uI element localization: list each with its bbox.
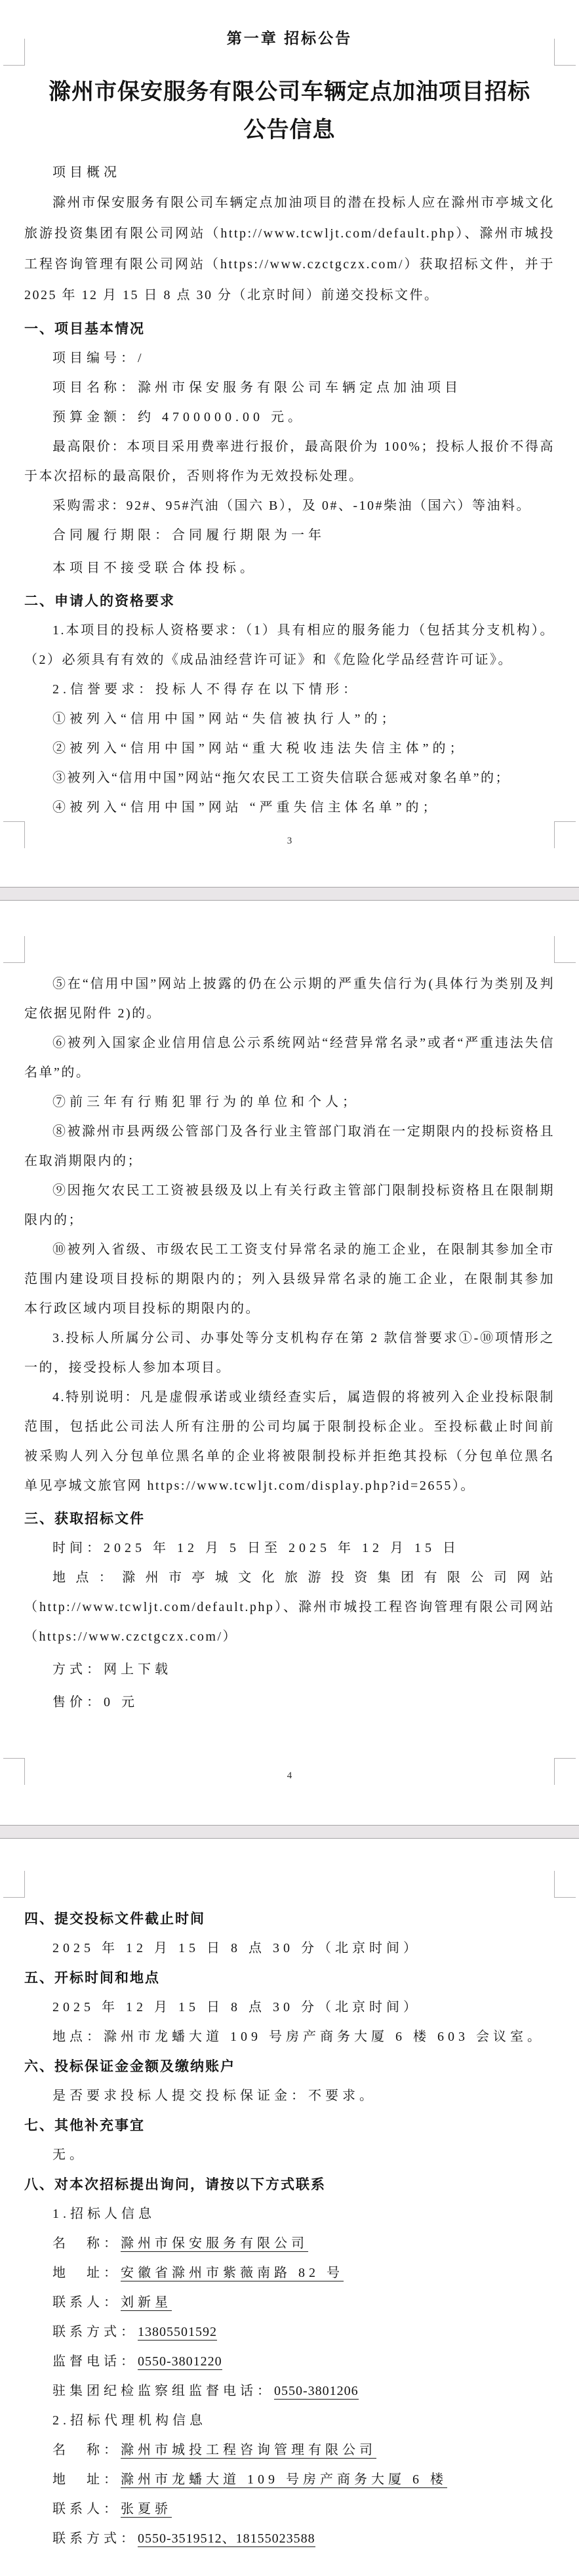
overview-paragraph: 滁州市保安服务有限公司车辆定点加油项目的潜在投标人应在滁州市亭城文化旅游投资集团… [24,188,555,311]
credit-item-8: ⑧被滁州市县两级公管部门及各行业主管部门取消在一定期限内的投标资格且在取消期限内… [24,1117,555,1176]
contact-row-agency-phone: 联系方式：0550-3519512、18155023588 [24,2524,555,2554]
contact-value: 安徽省滁州市紫薇南路 82 号 [121,2266,344,2281]
line-project-number: 项目编号：/ [24,344,555,373]
line-other-none: 无。 [24,2140,555,2170]
heading-section-5: 五、开标时间和地点 [24,1963,555,1993]
para-obtain-place: 地点：滁州市亭城文化旅游投资集团有限公司网站（http://www.tcwljt… [24,1563,555,1652]
page-corner-mark [554,821,576,848]
contact-row-tenderer-address: 地 址：安徽省滁州市紫薇南路 82 号 [24,2259,555,2288]
document-page-2: ⑤在“信用中国”网站上披露的仍在公示期的严重失信行为(具体行为类别及判定依据见附… [0,901,579,1825]
contact-label: 地 址： [52,2266,121,2280]
heading-section-6: 六、投标保证金金额及缴纳账户 [24,2052,555,2081]
document-title: 滁州市保安服务有限公司车辆定点加油项目招标公告信息 [24,73,555,149]
document-title-line2: 公告信息 [244,117,336,142]
contact-value: 0550-3801206 [274,2384,359,2400]
contact-row-tenderer-phone: 联系方式：13805501592 [24,2318,555,2347]
subheading-tenderer-info: 1.招标人信息 [24,2199,555,2229]
page-corner-mark [3,39,25,66]
para-special-note: 4.特别说明：凡是虚假承诺或业绩经查实后，属造假的将被列入企业投标限制范围，包括… [24,1383,555,1501]
contact-row-supervision-phone: 监督电话：0550-3801220 [24,2347,555,2377]
line-credit-intro: 2.信誉要求：投标人不得存在以下情形： [24,675,555,705]
credit-item-10: ⑩被列入省级、市级农民工工资支付异常名录的施工企业，在限制其参加全市范围内建设项… [24,1235,555,1324]
page-corner-mark [554,1871,576,1898]
contact-value: 13805501592 [138,2325,217,2341]
line-opening-place: 地点：滁州市龙蟠大道 109 号房产商务大厦 6 楼 603 会议室。 [24,2022,555,2052]
credit-item-4: ④被列入“信用中国”网站 “严重失信主体名单”的； [24,793,555,823]
contact-value: 0550-3801220 [138,2354,222,2370]
credit-item-5: ⑤在“信用中国”网站上披露的仍在公示期的严重失信行为(具体行为类别及判定依据见附… [24,970,555,1029]
document-page-3: 四、提交投标文件截止时间 2025 年 12 月 15 日 8 点 30 分（北… [0,1839,579,2576]
contact-value: 张夏骄 [121,2502,172,2518]
line-procurement: 采购需求：92#、95#汽油（国六 B），及 0#、-10#柴油（国六）等油料。 [24,491,555,521]
contact-label: 联系人： [52,2295,121,2310]
heading-section-7: 七、其他补充事宜 [24,2111,555,2140]
contact-label: 联系方式： [52,2531,138,2546]
contact-label: 联系方式： [52,2325,138,2339]
contact-label: 名 称： [52,2236,121,2251]
heading-section-4: 四、提交投标文件截止时间 [24,1904,555,1934]
credit-item-7: ⑦前三年有行贿犯罪行为的单位和个人； [24,1088,555,1117]
para-branch-rule: 3.投标人所属分公司、办事处等分支机构存在第 2 款信誉要求①-⑩项情形之一的，… [24,1324,555,1383]
contact-value: 0550-3519512、18155023588 [138,2531,315,2547]
credit-item-2: ②被列入“信用中国”网站“重大税收违法失信主体”的； [24,734,555,764]
heading-section-3: 三、获取招标文件 [24,1504,555,1534]
contact-row-agency-address: 地 址：滁州市龙蟠大道 109 号房产商务大厦 6 楼 [24,2465,555,2495]
document-title-line1: 滁州市保安服务有限公司车辆定点加油项目招标 [49,79,530,104]
line-project-name: 项目名称：滁州市保安服务有限公司车辆定点加油项目 [24,373,555,403]
contact-value: 滁州市保安服务有限公司 [121,2236,308,2252]
credit-item-1: ①被列入“信用中国”网站“失信被执行人”的； [24,705,555,734]
overview-label: 项目概况 [24,158,555,188]
chapter-title: 第一章 招标公告 [24,26,555,48]
line-obtain-time: 时间：2025 年 12 月 5 日至 2025 年 12 月 15 日 [24,1534,555,1563]
page-corner-mark [554,1758,576,1785]
line-obtain-price: 售价：0 元 [24,1688,555,1717]
page-break-band [0,887,579,901]
subheading-agency-info: 2.招标代理机构信息 [24,2406,555,2436]
contact-row-tenderer-person: 联系人：刘新星 [24,2288,555,2318]
page-break-band [0,1825,579,1839]
contact-label: 监督电话： [52,2354,138,2369]
credit-item-3: ③被列入“信用中国”网站“拖欠农民工工资失信联合惩戒对象名单”的； [24,764,555,793]
line-contract-term: 合同履行期限：合同履行期限为一年 [24,521,555,550]
contact-row-discipline-phone: 驻集团纪检监察组监督电话：0550-3801206 [24,2377,555,2406]
page-corner-mark [554,936,576,963]
para-qualification: 1.本项目的投标人资格要求：（1）具有相应的服务能力（包括其分支机构）。（2）必… [24,616,555,675]
line-budget: 预算金额：约 4700000.00 元。 [24,403,555,432]
contact-label: 驻集团纪检监察组监督电话： [52,2384,274,2398]
contact-label: 地 址： [52,2472,121,2487]
contact-value: 刘新星 [121,2295,172,2311]
page-corner-mark [3,936,25,963]
contact-row-agency-name: 名 称：滁州市城投工程咨询管理有限公司 [24,2436,555,2465]
para-max-price: 最高限价：本项目采用费率进行报价，最高限价为 100%；投标人报价不得高于本次招… [24,432,555,491]
line-opening-time: 2025 年 12 月 15 日 8 点 30 分（北京时间） [24,1993,555,2022]
line-no-consortium: 本项目不接受联合体投标。 [24,554,555,583]
page-number: 4 [24,1769,555,1782]
heading-section-8: 八、对本次招标提出询问，请按以下方式联系 [24,2170,555,2199]
page-corner-mark [3,821,25,848]
line-obtain-method: 方式：网上下载 [24,1655,555,1685]
line-deadline: 2025 年 12 月 15 日 8 点 30 分（北京时间） [24,1934,555,1963]
page-corner-mark [3,1871,25,1898]
page-corner-mark [554,39,576,66]
page-number: 3 [24,834,555,848]
document-page-1: 第一章 招标公告 滁州市保安服务有限公司车辆定点加油项目招标公告信息 项目概况 … [0,0,579,887]
contact-row-agency-person: 联系人：张夏骄 [24,2495,555,2524]
contact-value: 滁州市城投工程咨询管理有限公司 [121,2443,376,2459]
contact-value: 滁州市龙蟠大道 109 号房产商务大厦 6 楼 [121,2472,447,2488]
line-bid-bond: 是否要求投标人提交投标保证金：不要求。 [24,2081,555,2111]
credit-item-6: ⑥被列入国家企业信用信息公示系统网站“经营异常名录”或者“严重违法失信名单”的。 [24,1029,555,1088]
contact-row-tenderer-name: 名 称：滁州市保安服务有限公司 [24,2229,555,2259]
heading-section-1: 一、项目基本情况 [24,314,555,344]
credit-item-9: ⑨因拖欠农民工工资被县级及以上有关行政主管部门限制投标资格且在限制期限内的； [24,1176,555,1235]
contact-label: 名 称： [52,2443,121,2457]
page-corner-mark [3,1758,25,1785]
contact-label: 联系人： [52,2502,121,2516]
heading-section-2: 二、申请人的资格要求 [24,586,555,616]
